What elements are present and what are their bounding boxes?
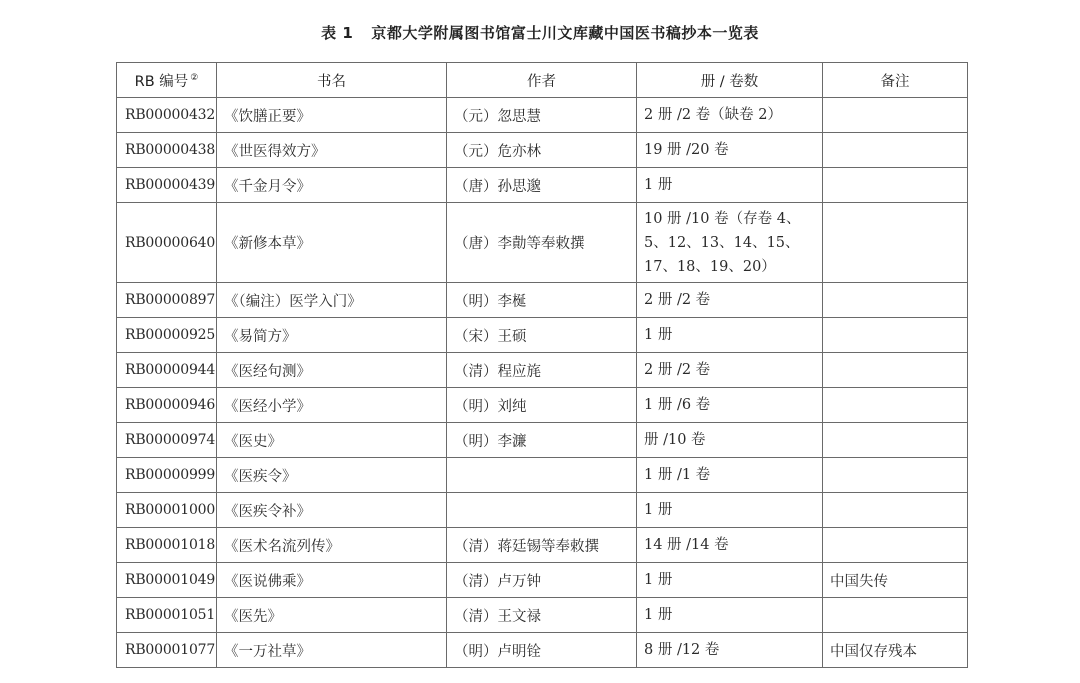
cell-author xyxy=(447,493,637,528)
cell-remarks xyxy=(823,133,968,168)
cell-remarks xyxy=(823,353,968,388)
cell-id: RB00001000 xyxy=(117,493,217,528)
cell-title: 《饮膳正要》 xyxy=(217,98,447,133)
table-row: RB00000432 《饮膳正要》 （元）忽思慧 2 册 /2 卷（缺卷 2） xyxy=(117,98,968,133)
table-row: RB00000974 《医史》 （明）李濂 册 /10 卷 xyxy=(117,423,968,458)
cell-remarks xyxy=(823,203,968,283)
header-remarks: 备注 xyxy=(823,63,968,98)
cell-volumes: 10 册 /10 卷（存卷 4、5、12、13、14、15、17、18、19、2… xyxy=(637,203,823,283)
cell-author: （清）王文禄 xyxy=(447,598,637,633)
cell-author: （明）李梴 xyxy=(447,283,637,318)
cell-id: RB00000640 xyxy=(117,203,217,283)
cell-title: 《千金月令》 xyxy=(217,168,447,203)
manuscript-table: RB 编号② 书名 作者 册 / 卷数 备注 RB00000432 《饮膳正要》… xyxy=(116,62,968,668)
table-row: RB00001049 《医说佛乘》 （清）卢万钟 1 册 中国失传 xyxy=(117,563,968,598)
table-row: RB00000999 《医疾令》 1 册 /1 卷 xyxy=(117,458,968,493)
cell-title: 《世医得效方》 xyxy=(217,133,447,168)
cell-author: （明）李濂 xyxy=(447,423,637,458)
cell-volumes: 2 册 /2 卷（缺卷 2） xyxy=(637,98,823,133)
cell-title: 《医疾令补》 xyxy=(217,493,447,528)
cell-author xyxy=(447,458,637,493)
cell-id: RB00000944 xyxy=(117,353,217,388)
header-id: RB 编号② xyxy=(117,63,217,98)
cell-title: 《医说佛乘》 xyxy=(217,563,447,598)
cell-author: （元）忽思慧 xyxy=(447,98,637,133)
cell-id: RB00000974 xyxy=(117,423,217,458)
cell-volumes: 1 册 xyxy=(637,598,823,633)
cell-title: 《新修本草》 xyxy=(217,203,447,283)
table-row: RB00001051 《医先》 （清）王文禄 1 册 xyxy=(117,598,968,633)
cell-volumes: 1 册 xyxy=(637,168,823,203)
table-number: 表 1 xyxy=(321,24,353,42)
table-row: RB00000946 《医经小学》 （明）刘纯 1 册 /6 卷 xyxy=(117,388,968,423)
cell-volumes: 册 /10 卷 xyxy=(637,423,823,458)
cell-id: RB00001049 xyxy=(117,563,217,598)
table-row: RB00000439 《千金月令》 （唐）孙思邈 1 册 xyxy=(117,168,968,203)
cell-id: RB00000432 xyxy=(117,98,217,133)
cell-volumes: 1 册 xyxy=(637,318,823,353)
cell-remarks xyxy=(823,493,968,528)
cell-volumes: 1 册 xyxy=(637,493,823,528)
cell-author: （清）程应旄 xyxy=(447,353,637,388)
cell-author: （宋）王硕 xyxy=(447,318,637,353)
cell-author: （清）蒋廷锡等奉敕撰 xyxy=(447,528,637,563)
cell-title: 《医术名流列传》 xyxy=(217,528,447,563)
cell-title: 《易简方》 xyxy=(217,318,447,353)
cell-volumes: 1 册 /6 卷 xyxy=(637,388,823,423)
cell-author: （元）危亦林 xyxy=(447,133,637,168)
cell-volumes: 2 册 /2 卷 xyxy=(637,283,823,318)
cell-remarks xyxy=(823,598,968,633)
cell-title: 《医先》 xyxy=(217,598,447,633)
cell-volumes: 14 册 /14 卷 xyxy=(637,528,823,563)
cell-id: RB00001051 xyxy=(117,598,217,633)
cell-remarks xyxy=(823,168,968,203)
table-row: RB00000897 《（编注）医学入门》 （明）李梴 2 册 /2 卷 xyxy=(117,283,968,318)
cell-author: （明）刘纯 xyxy=(447,388,637,423)
table-row: RB00000438 《世医得效方》 （元）危亦林 19 册 /20 卷 xyxy=(117,133,968,168)
cell-id: RB00000999 xyxy=(117,458,217,493)
cell-id: RB00000946 xyxy=(117,388,217,423)
cell-remarks xyxy=(823,388,968,423)
table-title: 京都大学附属图书馆富士川文库藏中国医书稿抄本一览表 xyxy=(371,24,759,42)
header-volumes: 册 / 卷数 xyxy=(637,63,823,98)
header-title: 书名 xyxy=(217,63,447,98)
cell-volumes: 1 册 /1 卷 xyxy=(637,458,823,493)
cell-remarks xyxy=(823,318,968,353)
cell-remarks xyxy=(823,283,968,318)
footnote-marker: ② xyxy=(190,73,198,83)
cell-author: （唐）李勣等奉敕撰 xyxy=(447,203,637,283)
cell-remarks xyxy=(823,98,968,133)
header-row: RB 编号② 书名 作者 册 / 卷数 备注 xyxy=(117,63,968,98)
cell-id: RB00000925 xyxy=(117,318,217,353)
cell-title: 《（编注）医学入门》 xyxy=(217,283,447,318)
cell-title: 《医经小学》 xyxy=(217,388,447,423)
cell-remarks: 中国仅存残本 xyxy=(823,633,968,668)
cell-id: RB00001018 xyxy=(117,528,217,563)
cell-remarks: 中国失传 xyxy=(823,563,968,598)
table-caption: 表 1京都大学附属图书馆富士川文库藏中国医书稿抄本一览表 xyxy=(0,22,1080,43)
header-author: 作者 xyxy=(447,63,637,98)
cell-title: 《一万社草》 xyxy=(217,633,447,668)
cell-volumes: 19 册 /20 卷 xyxy=(637,133,823,168)
cell-remarks xyxy=(823,458,968,493)
cell-remarks xyxy=(823,528,968,563)
table-row: RB00000925 《易简方》 （宋）王硕 1 册 xyxy=(117,318,968,353)
cell-id: RB00000438 xyxy=(117,133,217,168)
cell-volumes: 8 册 /12 卷 xyxy=(637,633,823,668)
cell-title: 《医经句测》 xyxy=(217,353,447,388)
cell-volumes: 1 册 xyxy=(637,563,823,598)
cell-volumes: 2 册 /2 卷 xyxy=(637,353,823,388)
table-row: RB00001000 《医疾令补》 1 册 xyxy=(117,493,968,528)
cell-title: 《医疾令》 xyxy=(217,458,447,493)
cell-remarks xyxy=(823,423,968,458)
table-row: RB00000944 《医经句测》 （清）程应旄 2 册 /2 卷 xyxy=(117,353,968,388)
cell-author: （清）卢万钟 xyxy=(447,563,637,598)
cell-author: （唐）孙思邈 xyxy=(447,168,637,203)
cell-author: （明）卢明铨 xyxy=(447,633,637,668)
table-row: RB00000640 《新修本草》 （唐）李勣等奉敕撰 10 册 /10 卷（存… xyxy=(117,203,968,283)
cell-title: 《医史》 xyxy=(217,423,447,458)
cell-id: RB00000439 xyxy=(117,168,217,203)
table-row: RB00001077 《一万社草》 （明）卢明铨 8 册 /12 卷 中国仅存残… xyxy=(117,633,968,668)
cell-id: RB00000897 xyxy=(117,283,217,318)
cell-id: RB00001077 xyxy=(117,633,217,668)
table-row: RB00001018 《医术名流列传》 （清）蒋廷锡等奉敕撰 14 册 /14 … xyxy=(117,528,968,563)
